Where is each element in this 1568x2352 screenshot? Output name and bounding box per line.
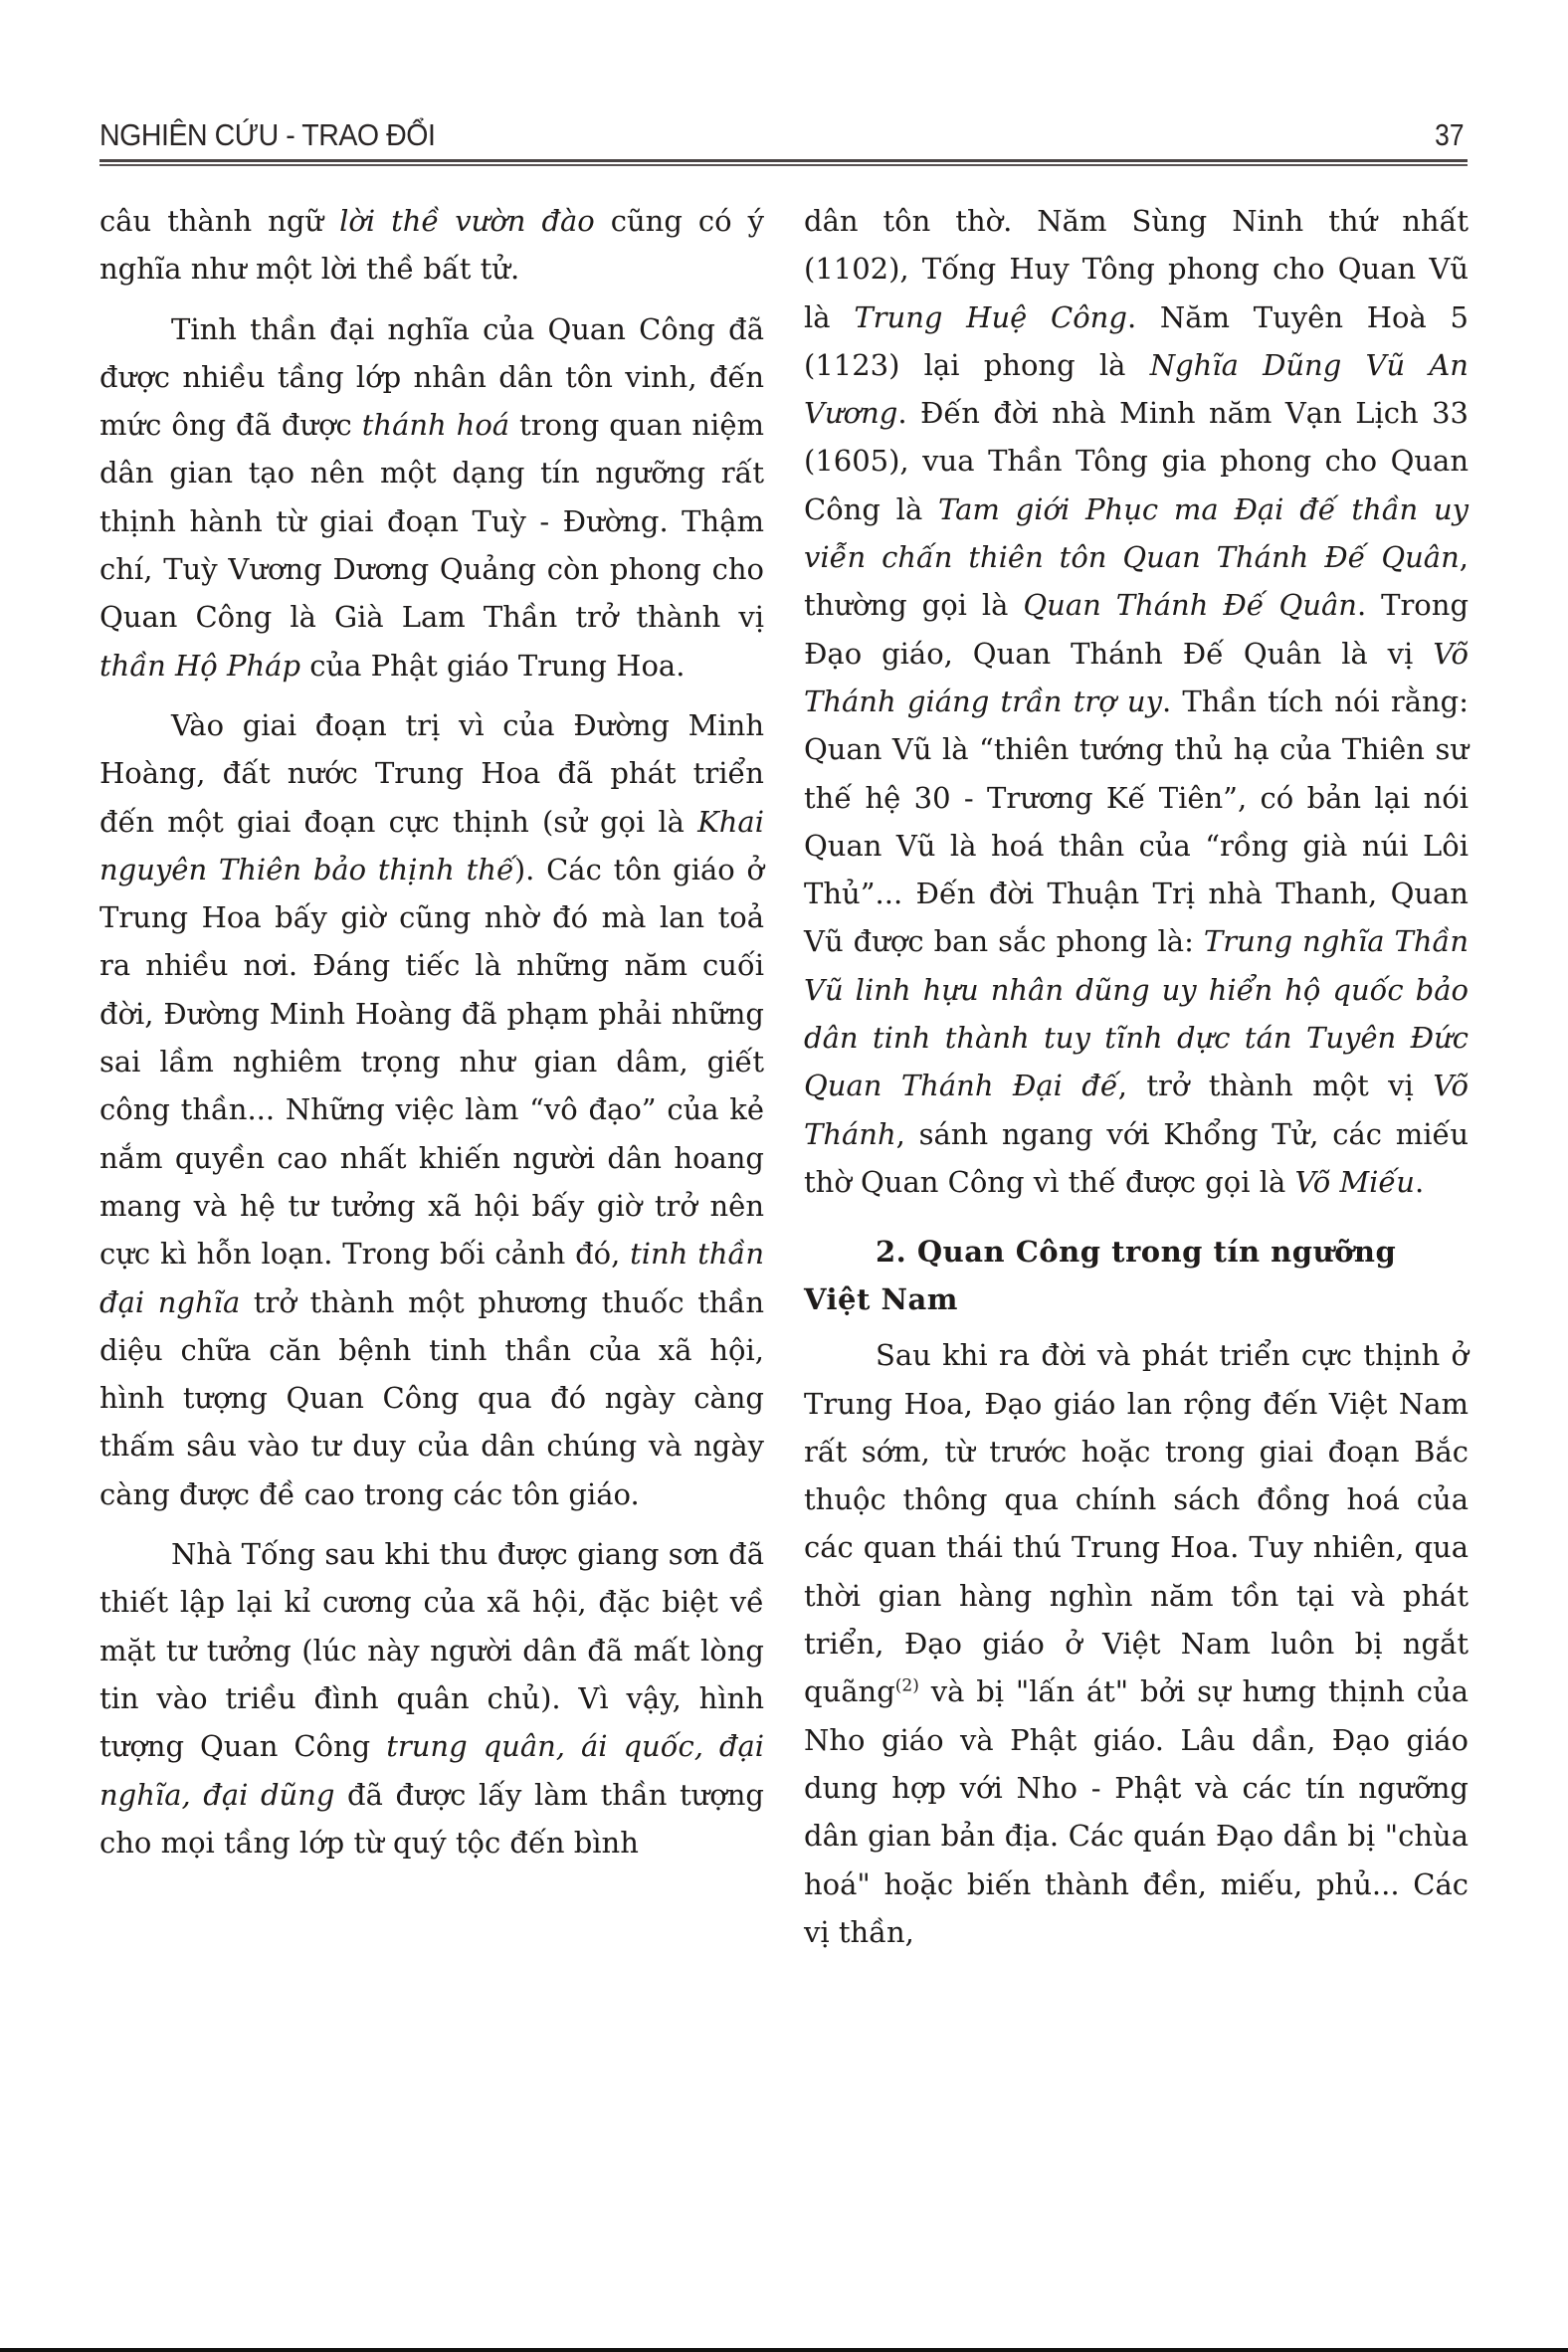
italic-term: thần Hộ Pháp [99, 649, 300, 683]
header-double-rule [99, 159, 1468, 169]
left-column: câu thành ngữ lời thề vườn đào cũng có ý… [99, 197, 764, 1878]
italic-term: thánh hoá [362, 408, 509, 442]
italic-term: Quan Thánh Đế Quân [1023, 588, 1357, 622]
page-header: NGHIÊN CỨU - TRAO ĐỔI 37 [99, 111, 1468, 161]
section-heading: 2. Quan Công trong tín ngưỡng Việt Nam [804, 1228, 1469, 1323]
text-run: trong quan niệm dân gian tạo nên một dạn… [99, 408, 764, 634]
header-rule-thin [99, 164, 1468, 166]
text-run: và bị "lấn át" bởi sự hưng thịnh của Nho… [804, 1674, 1469, 1948]
text-run: Vào giai đoạn trị vì của Đường Minh Hoàn… [99, 708, 764, 839]
text-run: . [1415, 1165, 1424, 1199]
paragraph: Nhà Tống sau khi thu được giang sơn đã t… [99, 1530, 764, 1866]
right-column: dân tôn thờ. Năm Sùng Ninh thứ nhất (110… [804, 197, 1469, 1968]
page-number: 37 [1435, 117, 1464, 153]
scan-bottom-edge [0, 2348, 1568, 2352]
text-run: . Thần tích nói rằng: Quan Vũ là “thiên … [804, 685, 1469, 958]
text-run: ). Các tôn giáo ở Trung Hoa bấy giờ cũng… [99, 853, 764, 1271]
text-run: của Phật giáo Trung Hoa. [300, 649, 685, 683]
paragraph: câu thành ngữ lời thề vườn đào cũng có ý… [99, 197, 764, 294]
footnote-ref: (2) [895, 1676, 919, 1696]
text-run: Sau khi ra đời và phát triển cực thịnh ở… [804, 1338, 1469, 1708]
italic-term: Võ Miếu [1294, 1165, 1414, 1199]
header-rule-thick [99, 159, 1468, 162]
paragraph: Vào giai đoạn trị vì của Đường Minh Hoàn… [99, 701, 764, 1518]
text-run: , trở thành một vị [1118, 1069, 1434, 1102]
text-run: câu thành ngữ [99, 204, 339, 238]
italic-term: Trung Huệ Công [854, 300, 1127, 334]
running-head: NGHIÊN CỨU - TRAO ĐỔI [99, 117, 435, 153]
paragraph: Sau khi ra đời và phát triển cực thịnh ở… [804, 1331, 1469, 1956]
italic-term: lời thề vườn đào [339, 204, 595, 238]
paragraph: dân tôn thờ. Năm Sùng Ninh thứ nhất (110… [804, 197, 1469, 1206]
paragraph: Tinh thần đại nghĩa của Quan Công đã đượ… [99, 305, 764, 689]
